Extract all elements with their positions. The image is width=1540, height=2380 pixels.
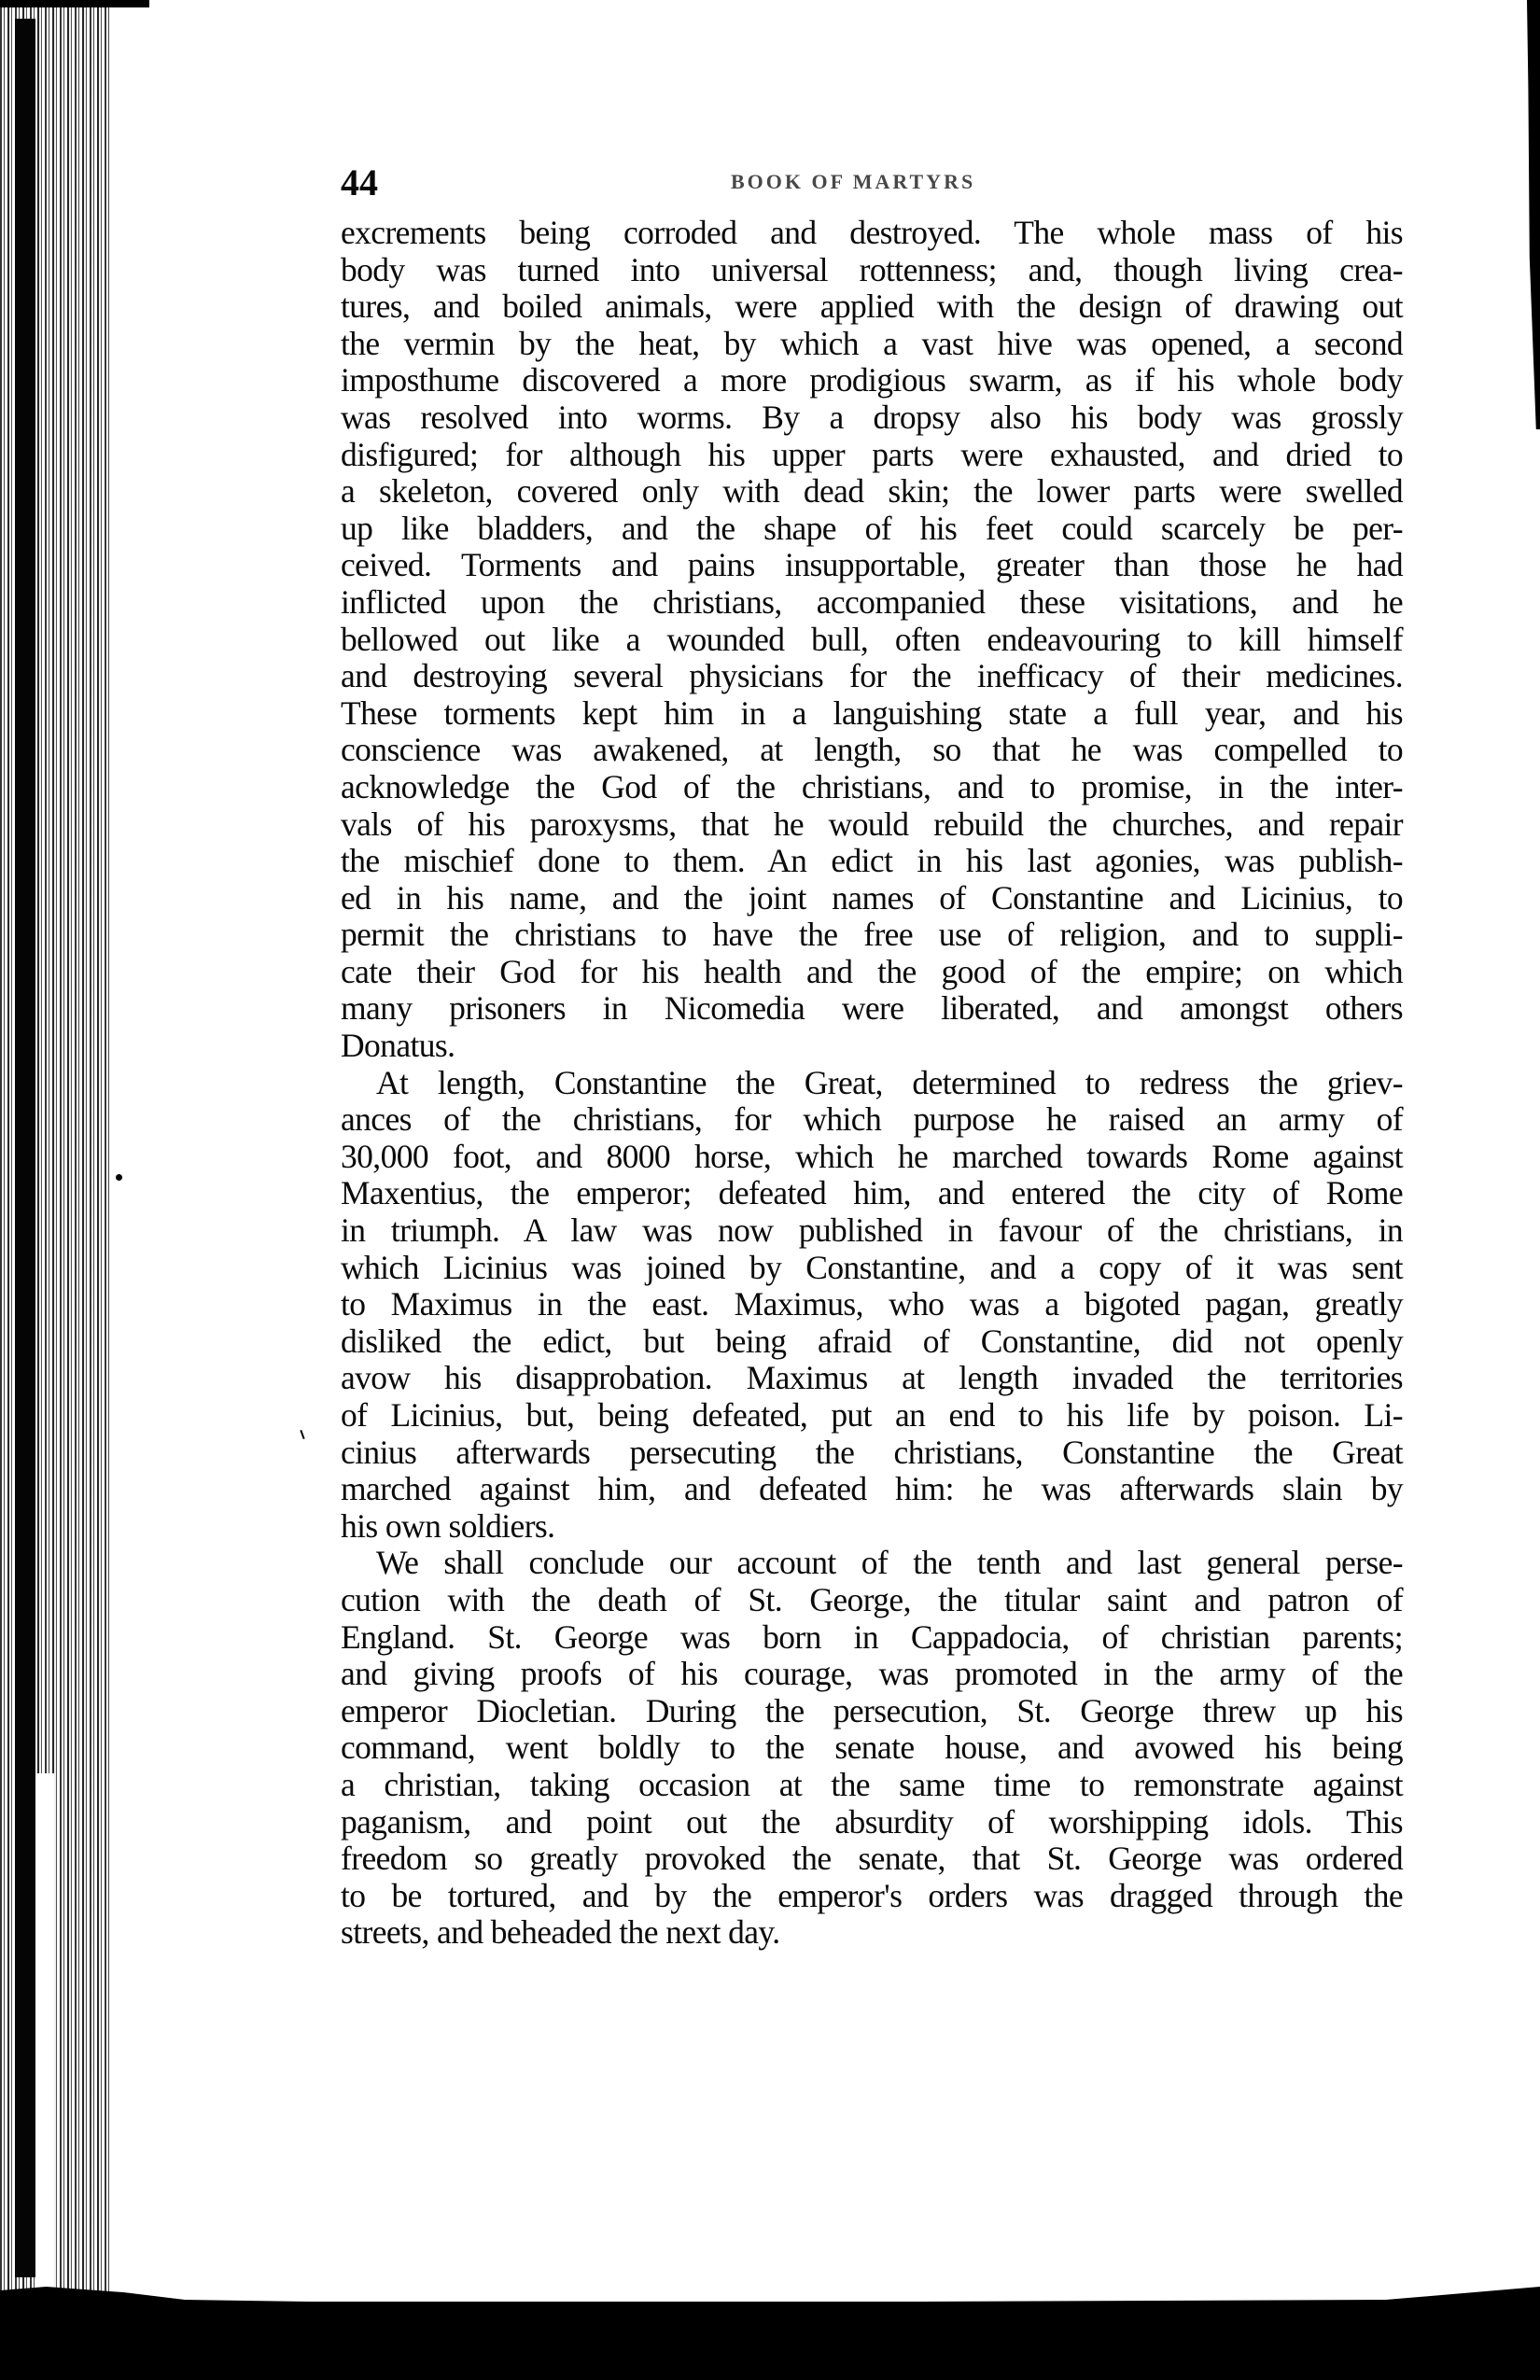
text-line: streets, and beheaded the next day.	[341, 1914, 1403, 1952]
text-line: vals of his paroxysms, that he would reb…	[341, 806, 1403, 844]
running-header-title: BOOK OF MARTYRS	[731, 170, 975, 194]
text-line: At length, Constantine the Great, determ…	[341, 1065, 1403, 1102]
text-line: permit the christians to have the free u…	[341, 917, 1403, 954]
text-line: acknowledge the God of the christians, a…	[341, 769, 1403, 806]
text-line: bellowed out like a wounded bull, often …	[341, 622, 1403, 659]
text-line: ed in his name, and the joint names of C…	[341, 880, 1403, 917]
text-line: the vermin by the heat, by which a vast …	[341, 326, 1403, 363]
text-line: of Licinius, but, being defeated, put an…	[341, 1397, 1403, 1435]
text-line: up like bladders, and the shape of his f…	[341, 511, 1403, 548]
text-line: disliked the edict, but being afraid of …	[341, 1323, 1403, 1361]
text-line: to be tortured, and by the emperor's ord…	[341, 1878, 1403, 1915]
text-line: the mischief done to them. An edict in h…	[341, 843, 1403, 880]
scan-right-edge	[1527, 0, 1540, 429]
text-line: cution with the death of St. George, the…	[341, 1582, 1403, 1619]
text-line: emperor Diocletian. During the persecuti…	[341, 1693, 1403, 1730]
text-line: inflicted upon the christians, accompani…	[341, 584, 1403, 622]
text-line: conscience was awakened, at length, so t…	[341, 732, 1403, 769]
text-line: body was turned into universal rottennes…	[341, 252, 1403, 289]
text-line: which Licinius was joined by Constantine…	[341, 1250, 1403, 1287]
text-line: avow his disapprobation. Maximus at leng…	[341, 1360, 1403, 1397]
margin-ink-dot	[116, 1174, 122, 1181]
text-line: in triumph. A law was now published in f…	[341, 1212, 1403, 1250]
paragraph: We shall conclude our account of the ten…	[341, 1545, 1403, 1952]
text-line: We shall conclude our account of the ten…	[341, 1545, 1403, 1582]
text-line: cate their God for his health and the go…	[341, 954, 1403, 991]
text-line: marched against him, and defeated him: h…	[341, 1471, 1403, 1508]
text-line: and giving proofs of his courage, was pr…	[341, 1656, 1403, 1693]
text-line: tures, and boiled animals, were applied …	[341, 288, 1403, 326]
text-line: and destroying several physicians for th…	[341, 658, 1403, 695]
text-line: paganism, and point out the absurdity of…	[341, 1804, 1403, 1841]
text-line: freedom so greatly provoked the senate, …	[341, 1841, 1403, 1878]
text-line: Donatus.	[341, 1028, 1403, 1065]
text-line: his own soldiers.	[341, 1508, 1403, 1546]
book-page: 44 BOOK OF MARTYRS excrements being corr…	[341, 161, 1403, 1952]
text-line: a christian, taking occasion at the same…	[341, 1767, 1403, 1804]
text-line: England. St. George was born in Cappadoc…	[341, 1619, 1403, 1657]
text-line: command, went boldly to the senate house…	[341, 1729, 1403, 1767]
body-text: excrements being corroded and destroyed.…	[341, 215, 1403, 1952]
text-line: a skeleton, covered only with dead skin;…	[341, 473, 1403, 511]
text-line: many prisoners in Nicomedia were liberat…	[341, 990, 1403, 1028]
text-line: ances of the christians, for which purpo…	[341, 1101, 1403, 1139]
text-line: to Maximus in the east. Maximus, who was…	[341, 1286, 1403, 1323]
running-head: 44 BOOK OF MARTYRS	[341, 161, 1403, 215]
book-spine-shadow	[15, 19, 35, 2277]
text-line: These torments kept him in a languishing…	[341, 695, 1403, 733]
text-line: disfigured; for although his upper parts…	[341, 437, 1403, 474]
text-line: 30,000 foot, and 8000 horse, which he ma…	[341, 1139, 1403, 1176]
book-spine-gap	[37, 1773, 54, 2296]
text-line: imposthume discovered a more prodigious …	[341, 362, 1403, 399]
text-line: cinius afterwards persecuting the christ…	[341, 1435, 1403, 1472]
text-line: was resolved into worms. By a dropsy als…	[341, 399, 1403, 437]
page-number: 44	[341, 161, 378, 204]
scan-top-border	[0, 0, 149, 7]
paragraph: excrements being corroded and destroyed.…	[341, 215, 1403, 1065]
paragraph: At length, Constantine the Great, determ…	[341, 1065, 1403, 1546]
text-line: Maxentius, the emperor; defeated him, an…	[341, 1175, 1403, 1212]
margin-ink-mark	[300, 1430, 304, 1439]
text-line: excrements being corroded and destroyed.…	[341, 215, 1403, 252]
text-line: ceived. Torments and pains insupportable…	[341, 547, 1403, 584]
scan-bottom-border	[0, 2287, 1540, 2380]
